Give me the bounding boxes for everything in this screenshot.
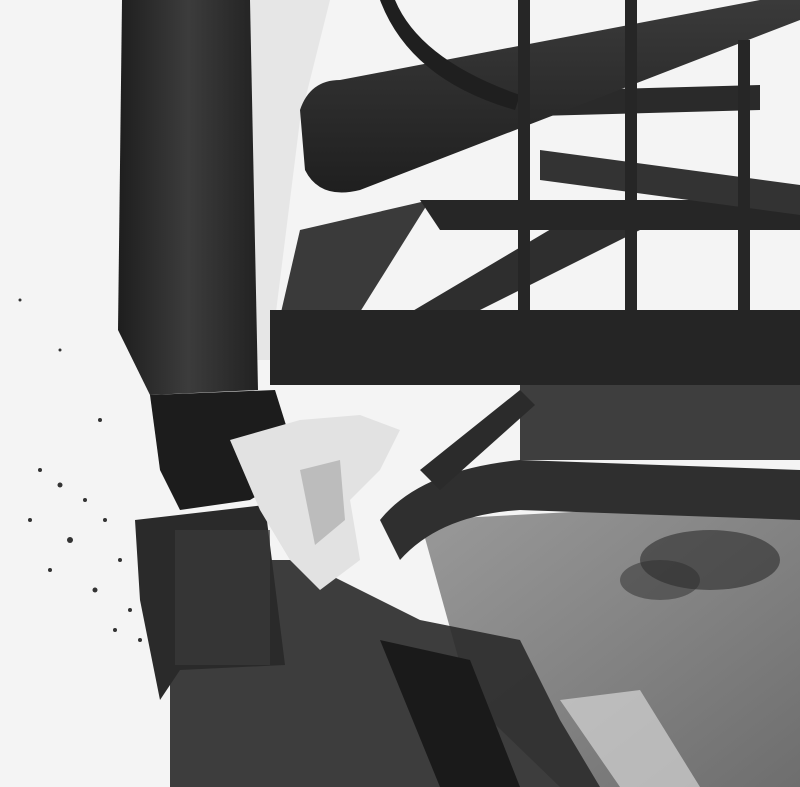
lower-rail xyxy=(270,310,800,385)
scene xyxy=(0,0,800,787)
bottom-channel xyxy=(520,385,800,460)
steel-column xyxy=(118,0,258,395)
base-plate xyxy=(175,530,270,665)
photograph: Black-and-white photograph of a damaged … xyxy=(0,0,800,787)
